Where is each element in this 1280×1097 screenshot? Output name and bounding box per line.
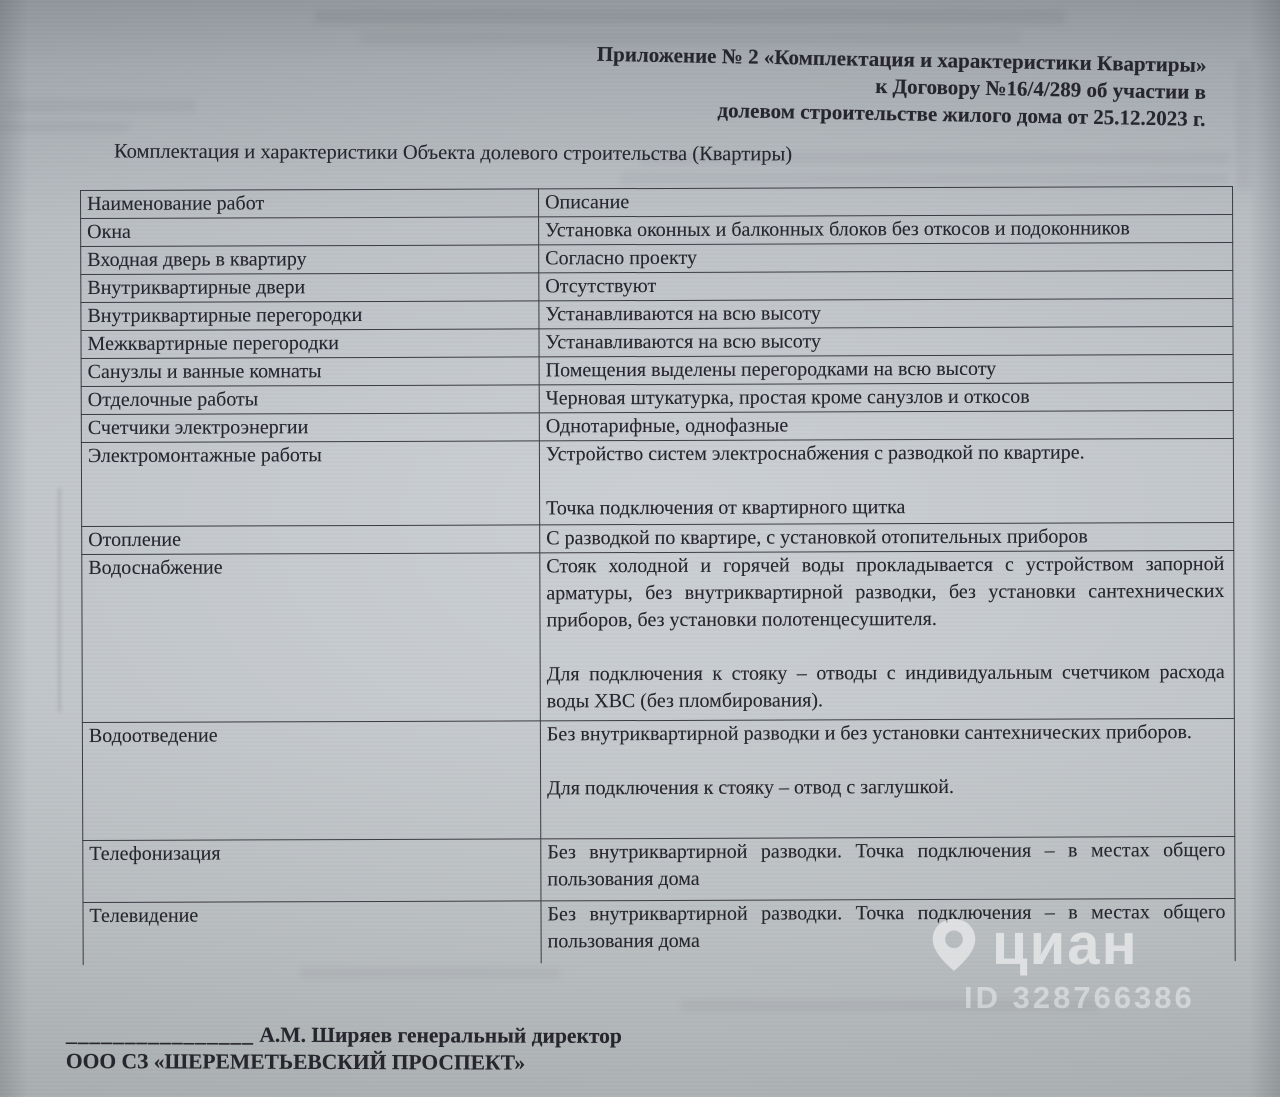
cell-work-description: Отсутствуют xyxy=(539,270,1233,300)
cell-work-description: Помещения выделены перегородками на всю … xyxy=(539,354,1233,384)
bleed-through-artifact xyxy=(1236,60,1252,190)
cell-work-name: Внутриквартирные двери xyxy=(81,273,539,303)
bleed-through-artifact xyxy=(0,122,130,132)
cell-work-description: Черновая штукатурка, простая кроме сануз… xyxy=(539,382,1233,412)
cell-work-description: Без внутриквартирной разводки. Точка под… xyxy=(541,836,1235,900)
cell-work-description: Согласно проекту xyxy=(539,242,1233,272)
signature-director: А.М. Ширяев генеральный директор xyxy=(254,1023,622,1048)
table-row: Отопление С разводкой по квартире, с уст… xyxy=(82,522,1234,554)
signature-line: ________________ xyxy=(66,1022,254,1047)
table-row: Санузлы и ванные комнаты Помещения выдел… xyxy=(81,354,1233,386)
table-header-row: Наименование работ Описание xyxy=(81,186,1233,218)
table-row: Входная дверь в квартиру Согласно проект… xyxy=(81,242,1233,274)
cell-work-name: Межквартирные перегородки xyxy=(81,329,539,359)
bleed-through-artifact xyxy=(58,488,61,712)
bleed-through-artifact xyxy=(680,1000,1100,1011)
bleed-through-artifact xyxy=(300,968,560,978)
table-row: Водоснабжение Стояк холодной и горячей в… xyxy=(82,550,1235,722)
table-row: Телефонизация Без внутриквартирной разво… xyxy=(83,836,1235,902)
table-row: Телевидение Без внутриквартирной разводк… xyxy=(83,898,1235,964)
cell-work-name: Водоотведение xyxy=(82,721,540,841)
cell-work-name: Телефонизация xyxy=(83,839,541,903)
cell-work-name: Санузлы и ванные комнаты xyxy=(81,357,539,387)
column-header-description: Описание xyxy=(538,186,1232,216)
cell-work-name: Входная дверь в квартиру xyxy=(81,245,539,275)
table-row: Внутриквартирные перегородки Устанавлива… xyxy=(81,298,1233,330)
signature-company: ООО СЗ «ШЕРЕМЕТЬЕВСКИЙ ПРОСПЕКТ» xyxy=(66,1048,622,1077)
cell-work-description: Установка оконных и балконных блоков без… xyxy=(539,214,1233,244)
spec-table: Наименование работ Описание Окна Установ… xyxy=(80,186,1235,965)
column-header-name: Наименование работ xyxy=(81,189,539,219)
cell-work-description: Устанавливаются на всю высоту xyxy=(539,326,1233,356)
cell-work-description: С разводкой по квартире, с установкой от… xyxy=(540,522,1234,552)
cell-work-description: Стояк холодной и горячей воды прокладыва… xyxy=(540,550,1235,720)
cell-work-name: Внутриквартирные перегородки xyxy=(81,301,539,331)
table-row: Водоотведение Без внутриквартирной разво… xyxy=(82,718,1234,840)
cell-work-description: Без внутриквартирной разводки. Точка под… xyxy=(541,898,1235,962)
table-row: Электромонтажные работы Устройство систе… xyxy=(81,438,1233,526)
cell-work-name: Счетчики электроэнергии xyxy=(81,413,539,443)
table-row: Счетчики электроэнергии Однотарифные, од… xyxy=(81,410,1233,442)
appendix-header: Приложение № 2 «Комплектация и характери… xyxy=(555,40,1206,133)
cell-work-name: Электромонтажные работы xyxy=(81,441,539,527)
bleed-through-artifact xyxy=(315,10,1065,24)
cell-work-description: Устройство систем электроснабжения с раз… xyxy=(539,438,1233,524)
cell-work-name: Отопление xyxy=(82,525,540,555)
cell-work-name: Телевидение xyxy=(83,901,541,965)
cell-work-description: Устанавливаются на всю высоту xyxy=(539,298,1233,328)
table-row: Отделочные работы Черновая штукатурка, п… xyxy=(81,382,1233,414)
section-title: Комплектация и характеристики Объекта до… xyxy=(114,141,792,167)
table-row: Внутриквартирные двери Отсутствуют xyxy=(81,270,1233,302)
cell-work-description: Без внутриквартирной разводки и без уста… xyxy=(540,718,1234,838)
cell-work-name: Окна xyxy=(81,217,539,247)
bleed-through-artifact xyxy=(620,173,1228,184)
table-row: Окна Установка оконных и балконных блоко… xyxy=(81,214,1233,246)
table-row: Межквартирные перегородки Устанавливаютс… xyxy=(81,326,1233,358)
cell-work-description: Однотарифные, однофазные xyxy=(539,410,1233,440)
cell-work-name: Отделочные работы xyxy=(81,385,539,415)
bleed-through-artifact xyxy=(6,100,196,112)
cell-work-name: Водоснабжение xyxy=(82,553,541,723)
signature-block: ________________ А.М. Ширяев генеральный… xyxy=(66,1021,622,1077)
